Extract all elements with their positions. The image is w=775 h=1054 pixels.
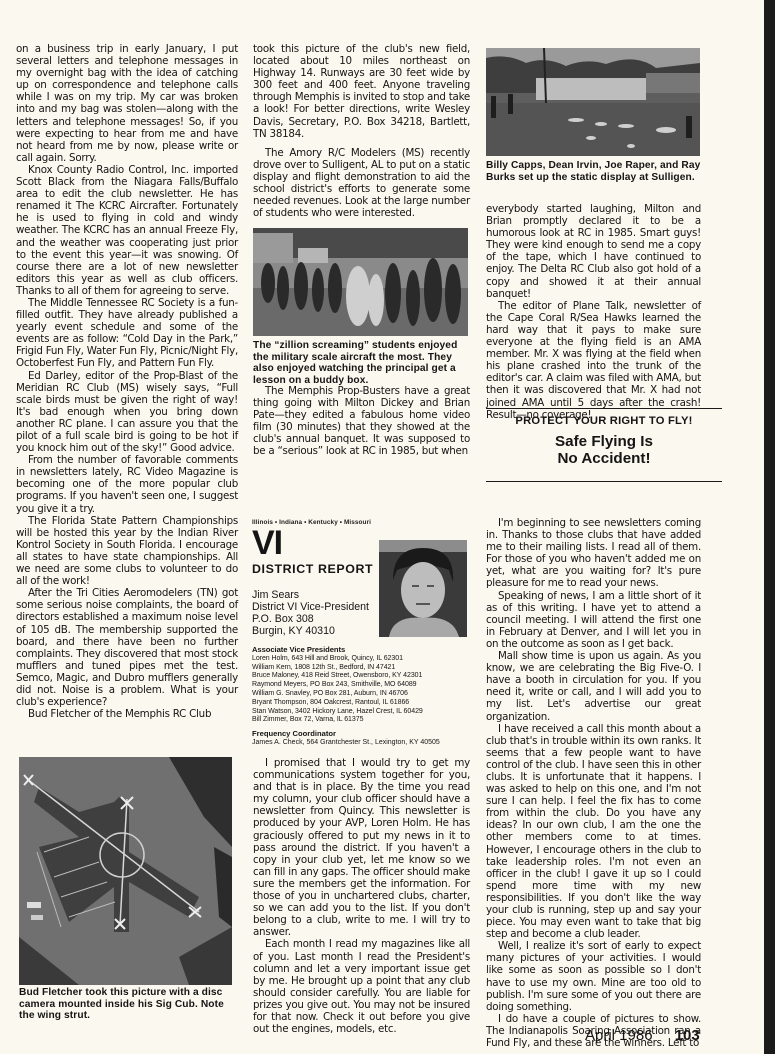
portrait-image bbox=[379, 540, 467, 637]
page-binding-edge bbox=[764, 0, 775, 1054]
vp-title: District VI Vice-President bbox=[252, 601, 369, 613]
paragraph: After the Tri Cities Aeromodelers (TN) g… bbox=[16, 587, 238, 708]
frequency-header: Frequency Coordinator bbox=[252, 730, 497, 739]
paragraph: I'm beginning to see newsletters coming … bbox=[486, 517, 701, 590]
page-footer: April 1986 103 bbox=[585, 1027, 700, 1044]
column-2-upper: took this picture of the club's new fiel… bbox=[253, 43, 470, 219]
vp-portrait-photo bbox=[379, 540, 467, 637]
students-crowd-photo bbox=[253, 228, 468, 336]
paragraph: The editor of Plane Talk, newsletter of … bbox=[486, 300, 701, 421]
photo-caption: The “zillion screaming” students enjoyed… bbox=[253, 340, 470, 386]
aerial-runway-image bbox=[19, 757, 232, 985]
paragraph: Knox County Radio Control, Inc. imported… bbox=[16, 164, 238, 297]
paragraph: everybody started laughing, Milton and B… bbox=[486, 203, 701, 300]
paragraph: The Middle Tennessee RC Society is a fun… bbox=[16, 297, 238, 370]
frequency-coordinator: Frequency Coordinator James A. Check, 56… bbox=[252, 730, 497, 748]
photo-caption: Bud Fletcher took this picture with a di… bbox=[19, 987, 241, 1022]
paragraph: Speaking of news, I am a little short of… bbox=[486, 590, 701, 650]
vp-address-line2: Burgin, KY 40310 bbox=[252, 625, 369, 637]
safety-callout-slogan-line1: Safe Flying Is bbox=[486, 433, 722, 450]
students-crowd-image bbox=[253, 228, 468, 336]
associate-entry: Loren Holm, 643 Hill and Brook, Quincy, … bbox=[252, 655, 492, 664]
aerial-field-photo bbox=[19, 757, 232, 985]
safety-callout-heading: PROTECT YOUR RIGHT TO FLY! bbox=[486, 415, 722, 427]
page-number: 103 bbox=[675, 1027, 700, 1044]
column-2-middle: The Memphis Prop-Busters have a great th… bbox=[253, 385, 470, 458]
column-3-upper: everybody started laughing, Milton and B… bbox=[486, 203, 701, 421]
column-3-lower: I'm beginning to see newsletters coming … bbox=[486, 517, 701, 1049]
vp-name: Jim Sears bbox=[252, 589, 369, 601]
paragraph: The Memphis Prop-Busters have a great th… bbox=[253, 385, 470, 458]
associate-entry: Bill Zimmer, Box 72, Varna, IL 61375 bbox=[252, 716, 492, 725]
associate-entry: William Kern, 1808 12th St., Bedford, IN… bbox=[252, 664, 492, 673]
associate-vp-list: Associate Vice Presidents Loren Holm, 64… bbox=[252, 646, 492, 725]
vp-address-line1: P.O. Box 308 bbox=[252, 613, 369, 625]
paragraph: Well, I realize it's sort of early to ex… bbox=[486, 940, 701, 1013]
paragraph: on a business trip in early January, I p… bbox=[16, 43, 238, 164]
photo-caption: Billy Capps, Dean Irvin, Joe Raper, and … bbox=[486, 160, 711, 183]
associate-entry: William G. Snavley, PO Box 281, Auburn, … bbox=[252, 690, 492, 699]
paragraph: took this picture of the club's new fiel… bbox=[253, 43, 470, 140]
paragraph: Ed Darley, editor of the Prop-Blast of t… bbox=[16, 370, 238, 455]
associate-entry: Stan Watson, 3402 Hickory Lane, Hazel Cr… bbox=[252, 708, 492, 717]
vice-president-contact: Jim Sears District VI Vice-President P.O… bbox=[252, 589, 369, 637]
district-report-title: DISTRICT REPORT bbox=[252, 562, 373, 576]
paragraph: I promised that I would try to get my co… bbox=[253, 757, 470, 938]
frequency-coordinator-entry: James A. Check, 564 Grantchester St., Le… bbox=[252, 739, 497, 748]
paragraph: The Amory R/C Modelers (MS) recently dro… bbox=[253, 147, 470, 220]
static-display-image bbox=[486, 48, 700, 156]
static-display-photo bbox=[486, 48, 700, 156]
associate-entry: Bryant Thompson, 804 Oakcrest, Rantoul, … bbox=[252, 699, 492, 708]
issue-date: April 1986 bbox=[585, 1027, 653, 1044]
safety-callout-box: PROTECT YOUR RIGHT TO FLY! Safe Flying I… bbox=[486, 408, 722, 482]
associate-entry: Raymond Meyers, PO Box 243, Smithville, … bbox=[252, 681, 492, 690]
district-number: VI bbox=[252, 526, 282, 560]
paragraph: The Florida State Pattern Championships … bbox=[16, 515, 238, 588]
safety-callout-slogan-line2: No Accident! bbox=[486, 450, 722, 467]
associate-entry: Bruce Maloney, 418 Reid Street, Owensbor… bbox=[252, 672, 492, 681]
column-2-lower: I promised that I would try to get my co… bbox=[253, 757, 470, 1035]
paragraph: Mall show time is upon us again. As you … bbox=[486, 650, 701, 723]
paragraph: Each month I read my magazines like all … bbox=[253, 938, 470, 1035]
paragraph: From the number of favorable comments in… bbox=[16, 454, 238, 514]
associates-header: Associate Vice Presidents bbox=[252, 646, 492, 655]
paragraph: Bud Fletcher of the Memphis RC Club bbox=[16, 708, 238, 720]
column-1: on a business trip in early January, I p… bbox=[16, 43, 238, 720]
paragraph: I have received a call this month about … bbox=[486, 723, 701, 941]
